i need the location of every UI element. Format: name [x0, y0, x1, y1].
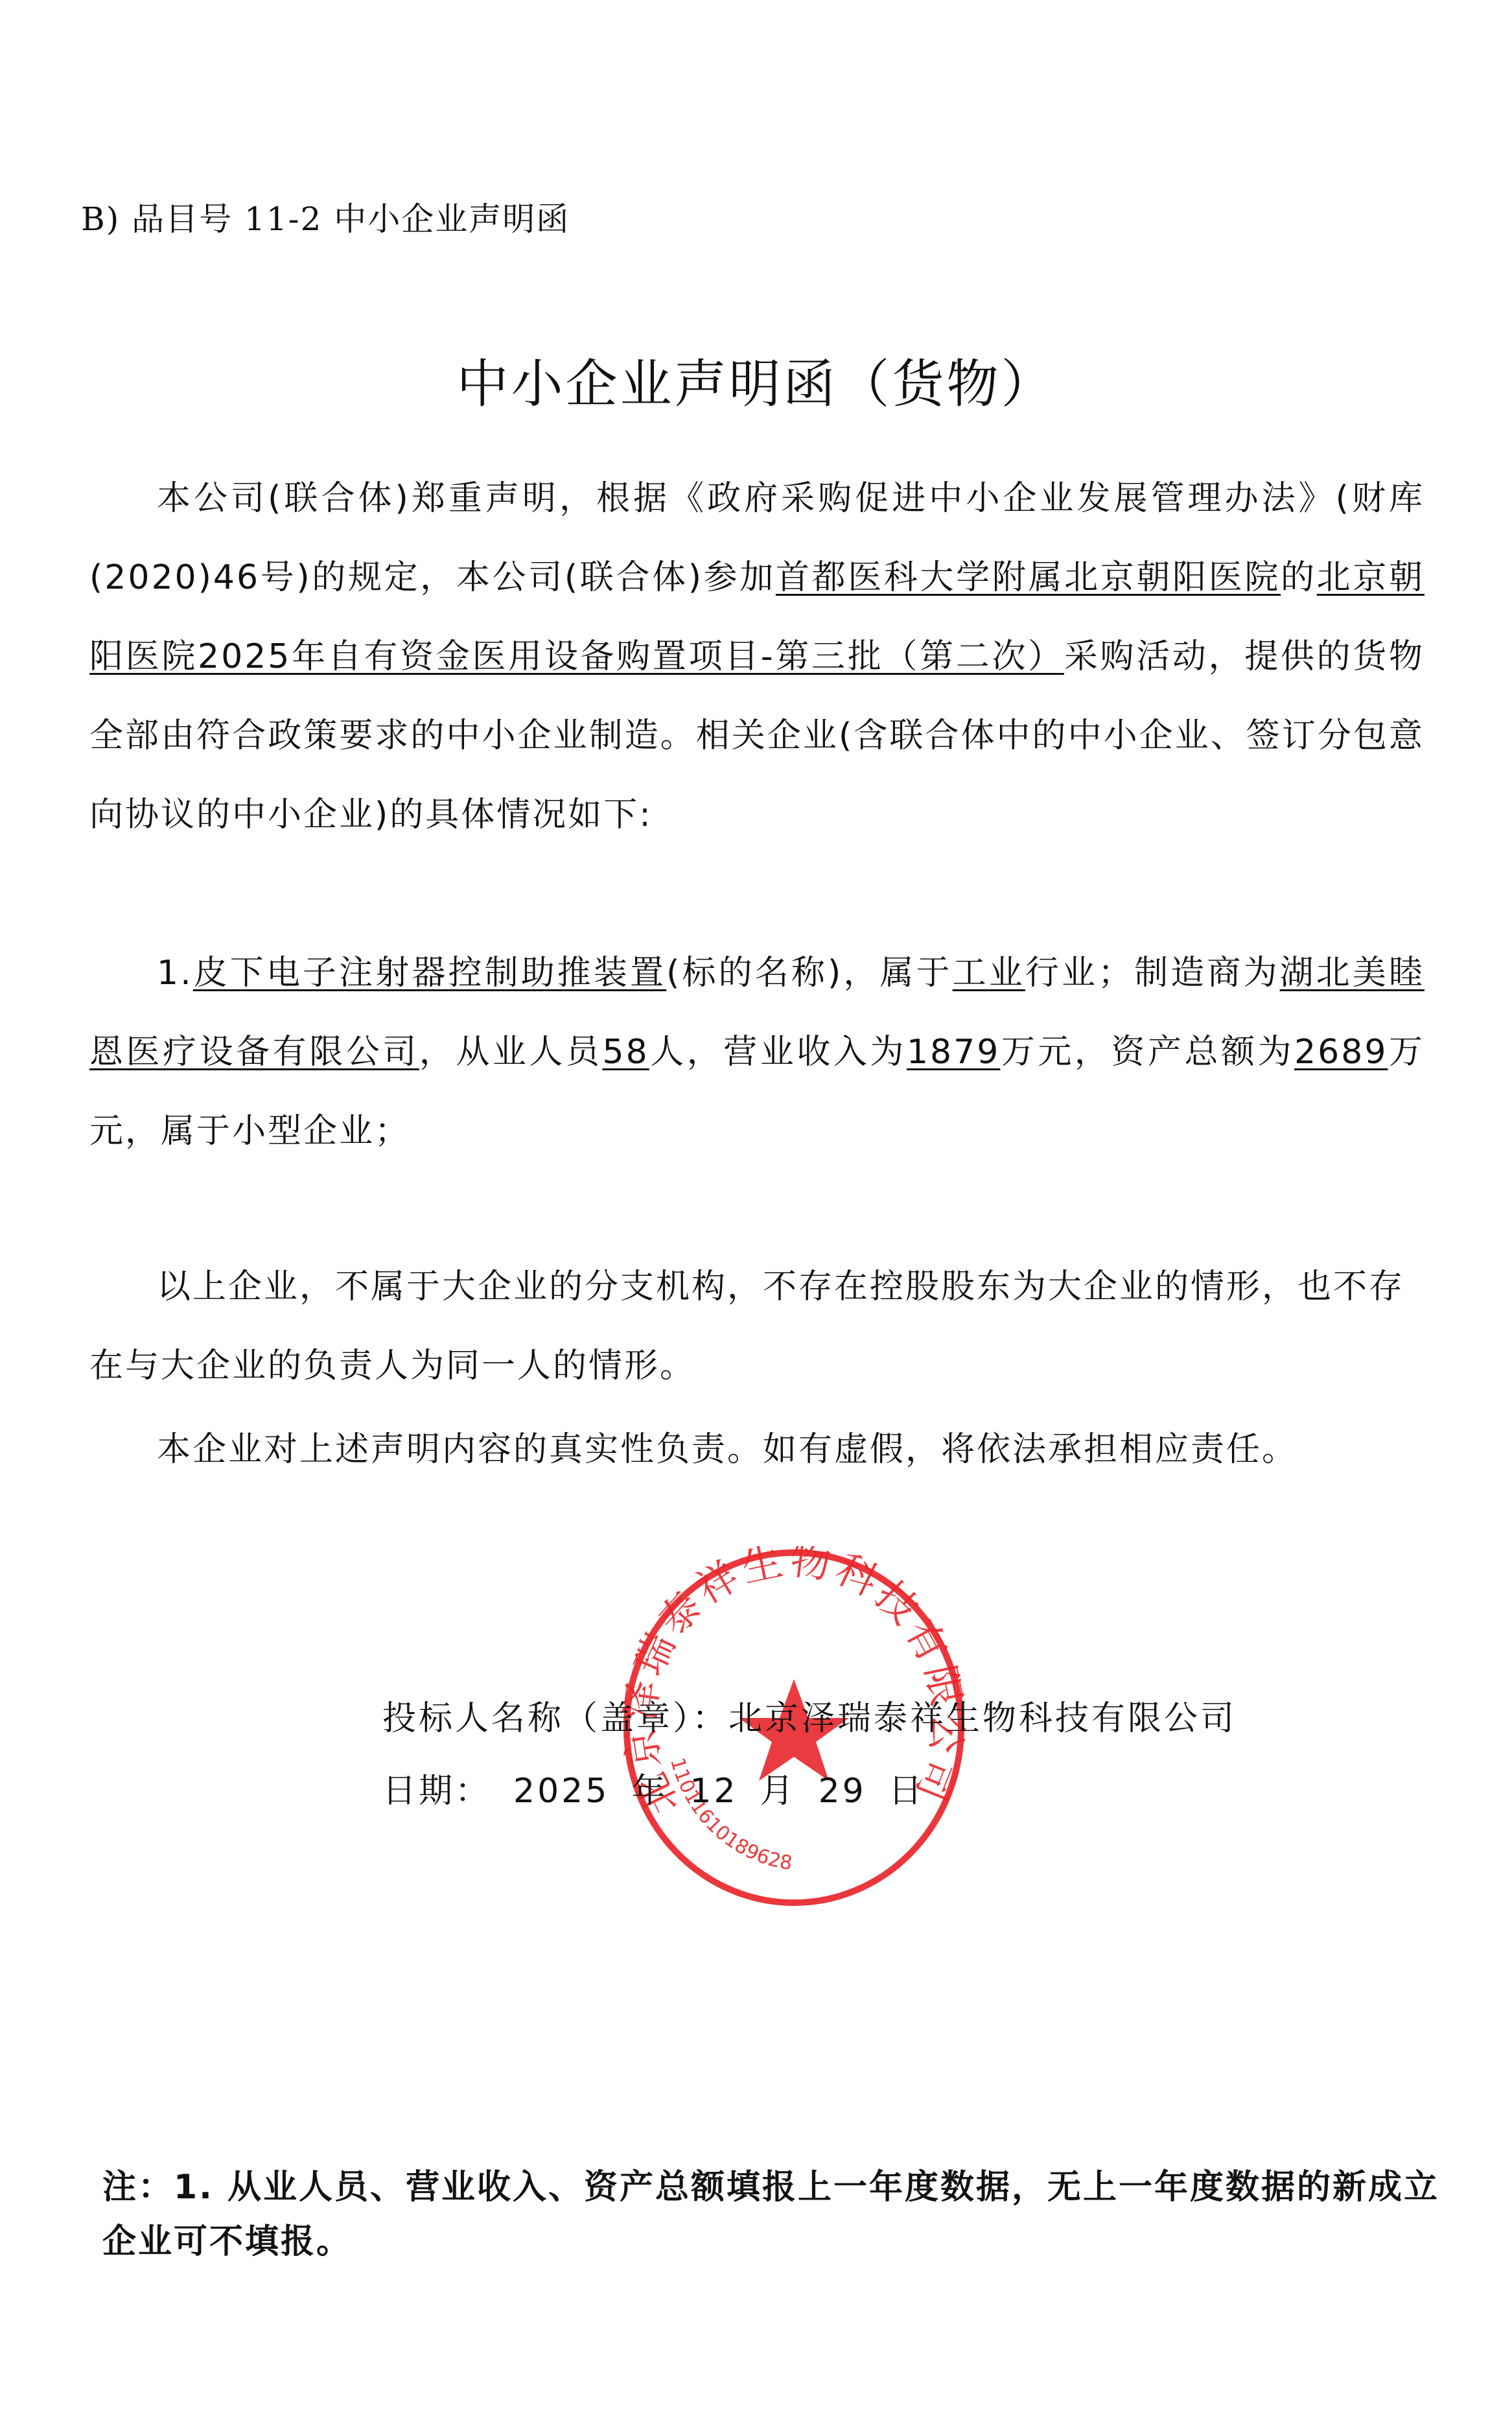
industry: 工业 — [953, 954, 1025, 993]
purchaser-name: 首都医科大学附属北京朝阳医院 — [776, 558, 1281, 597]
day-unit: 日 — [889, 1772, 925, 1811]
signature-label: 投标人名称（盖章）： — [382, 1699, 728, 1738]
year-unit: 年 — [631, 1772, 668, 1811]
declaration-paragraph: 本公司(联合体)郑重声明，根据《政府采购促进中小企业发展管理办法》(财库(202… — [89, 459, 1425, 854]
bidder-signature-line: 投标人名称（盖章）：北京泽瑞泰祥生物科技有限公司 — [382, 1691, 1237, 1739]
paragraph-text: 的 — [1281, 558, 1317, 597]
footnote: 注：1. 从业人员、营业收入、资产总额填报上一年度数据，无上一年度数据的新成立企… — [102, 2160, 1450, 2269]
item-text: ，从业人员 — [419, 1033, 603, 1072]
employees: 58 — [602, 1033, 649, 1072]
enterprise-item-1: 1.皮下电子注射器控制助推装置(标的名称)，属于工业行业；制造商为湖北美睦恩医疗… — [89, 934, 1425, 1171]
revenue: 1879 — [907, 1033, 1000, 1072]
item-text: 行业；制造商为 — [1025, 954, 1280, 993]
date-year: 2025 — [513, 1772, 609, 1811]
section-heading: B) 品目号 11-2 中小企业声明函 — [81, 193, 570, 240]
item-text: 万元，资产总额为 — [1000, 1033, 1294, 1072]
date-line: 日期：2025年12月29日 — [382, 1763, 947, 1812]
assets: 2689 — [1294, 1033, 1388, 1072]
item-text: 人，营业收入为 — [649, 1033, 907, 1072]
bidder-company-name: 北京泽瑞泰祥生物科技有限公司 — [728, 1699, 1237, 1738]
month-unit: 月 — [760, 1772, 797, 1811]
date-day: 29 — [819, 1772, 866, 1811]
document-title: 中小企业声明函（货物） — [0, 342, 1512, 417]
non-large-enterprise-paragraph: 以上企业，不属于大企业的分支机构，不存在控股股东为大企业的情形，也不存在与大企业… — [89, 1247, 1437, 1405]
subject-name: 皮下电子注射器控制助推装置 — [193, 954, 667, 993]
responsibility-paragraph: 本企业对上述声明内容的真实性负责。如有虚假，将依法承担相应责任。 — [157, 1410, 1297, 1489]
date-label: 日期： — [382, 1772, 491, 1811]
date-month: 12 — [690, 1772, 738, 1811]
item-text: (标的名称)，属于 — [666, 954, 953, 993]
item-number: 1. — [157, 954, 193, 993]
